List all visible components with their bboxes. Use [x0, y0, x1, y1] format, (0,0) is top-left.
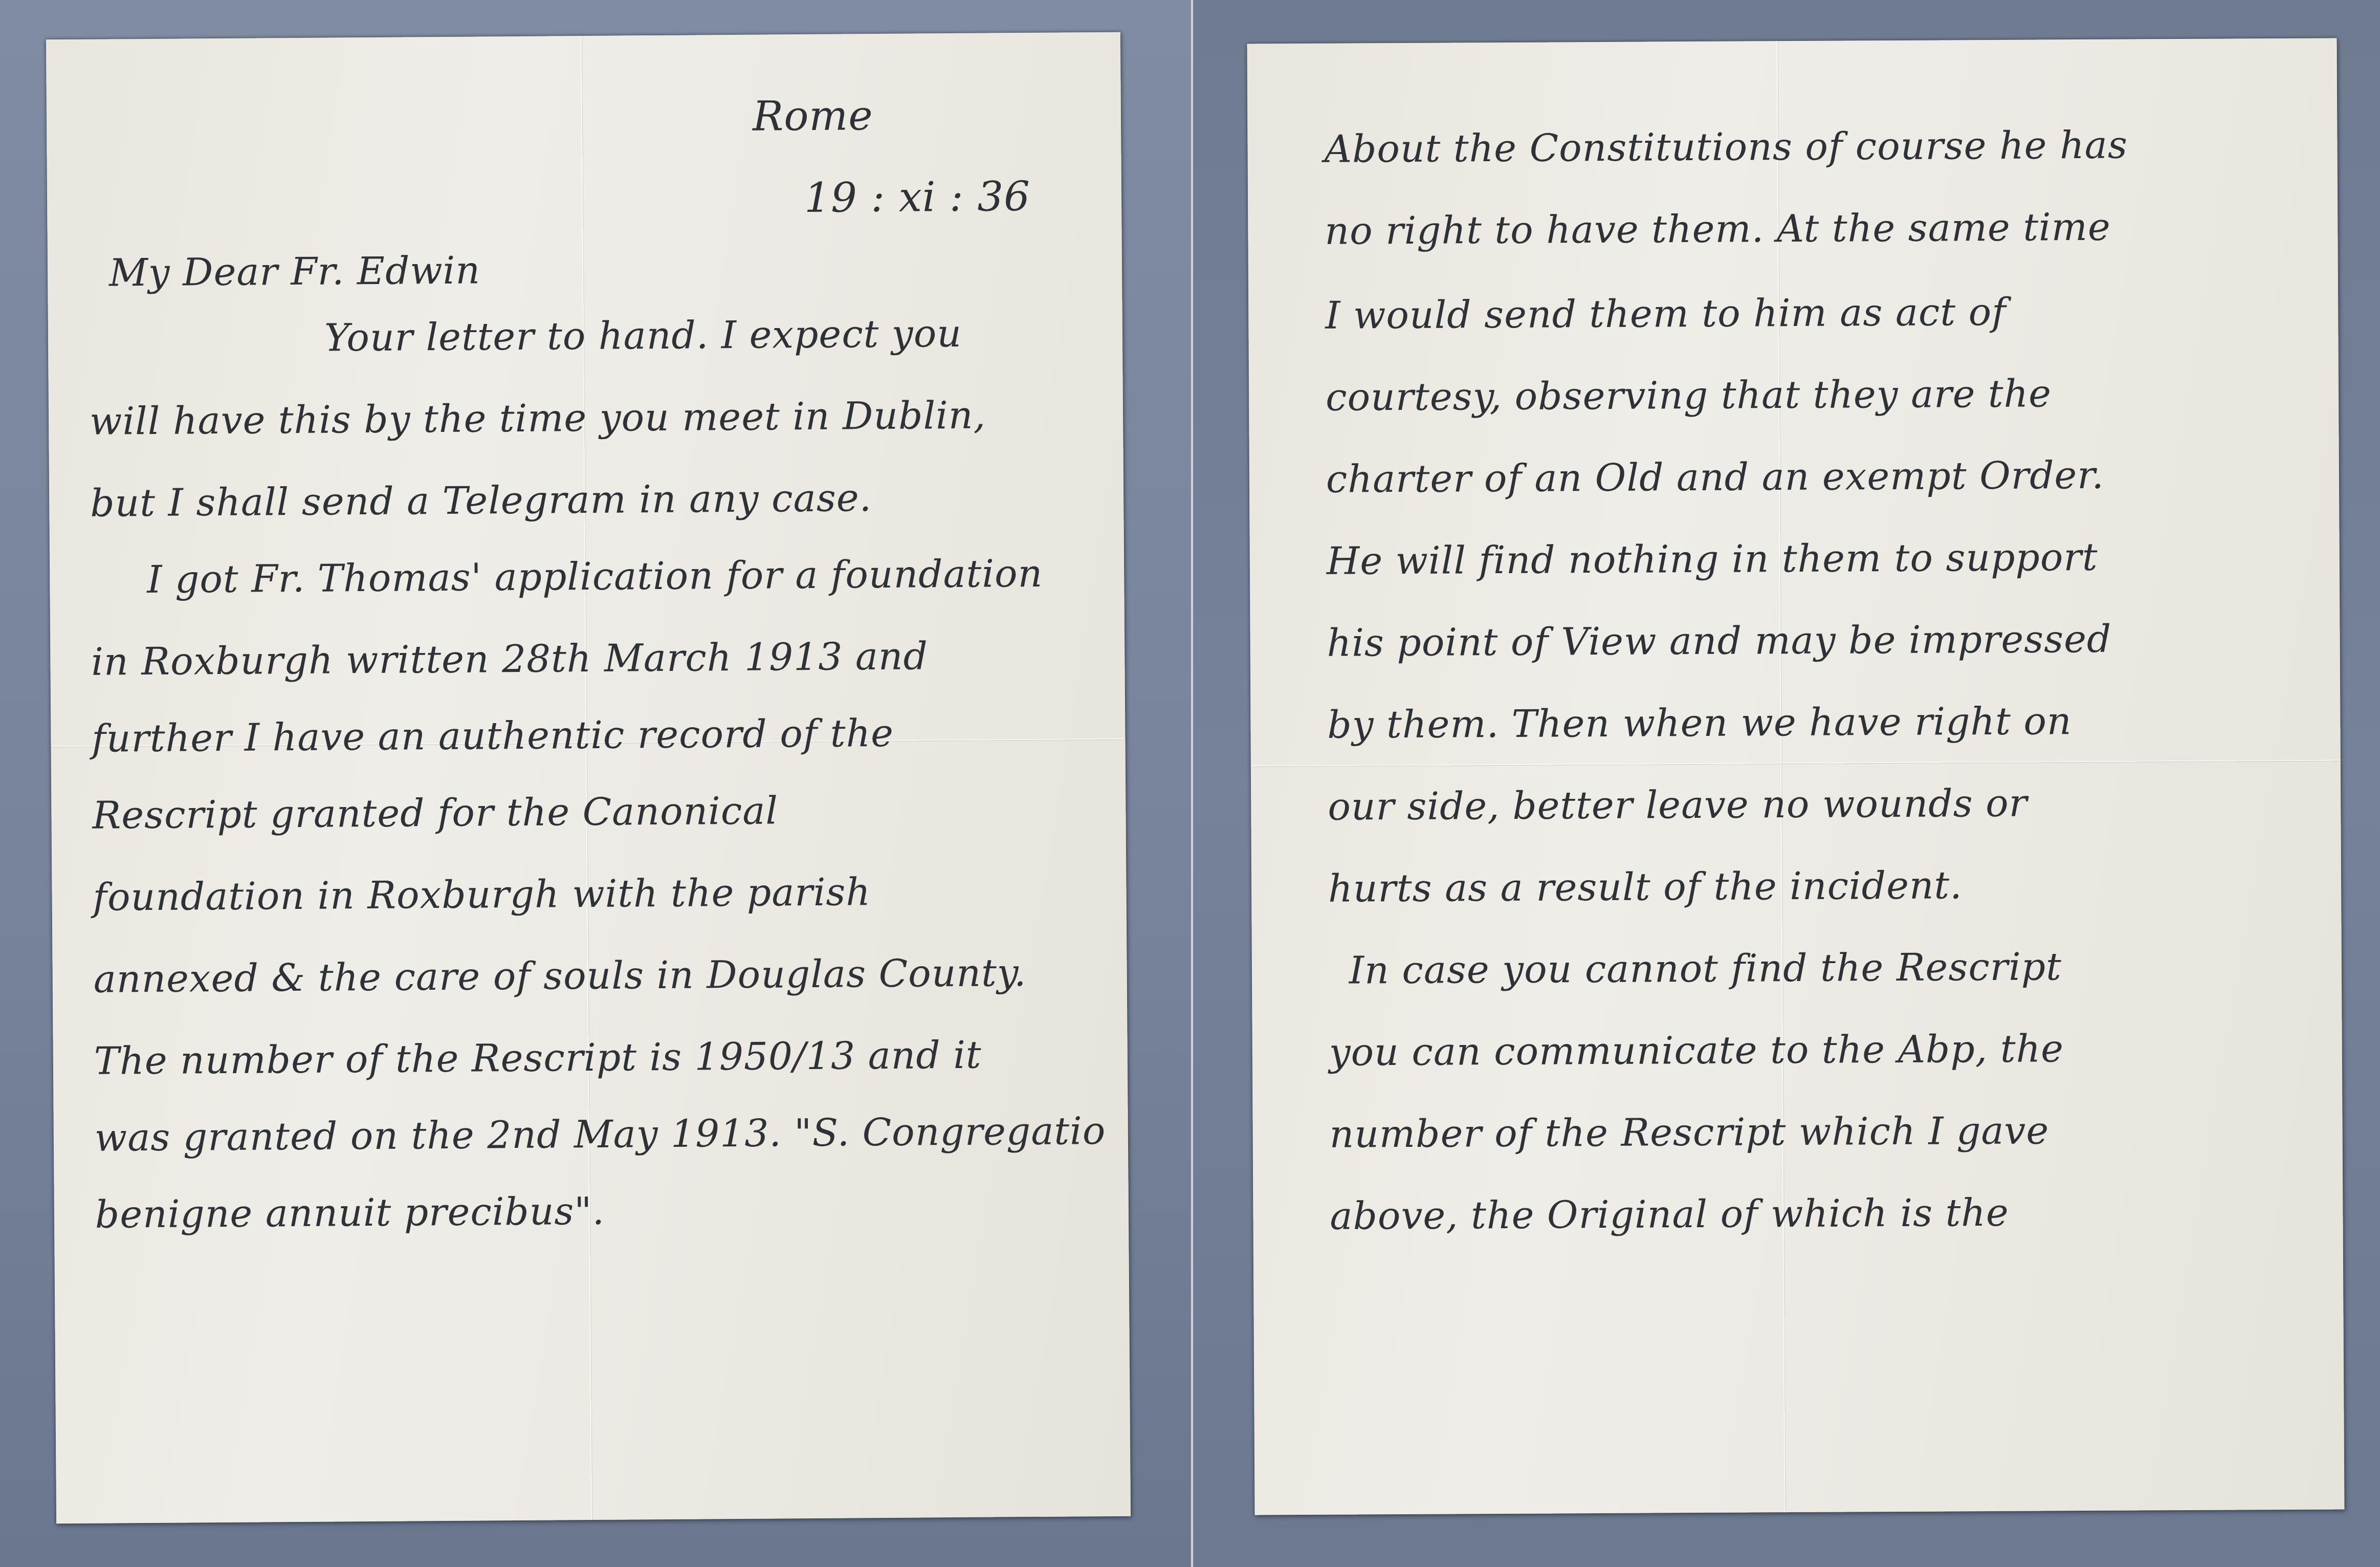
- body-line: in Roxburgh written 28th March 1913 and: [91, 637, 928, 681]
- body-line: Your letter to hand. I expect you: [324, 315, 962, 357]
- body-line: charter of an Old and an exempt Order.: [1326, 456, 2104, 498]
- body-line: further I have an authentic record of th…: [92, 714, 894, 758]
- body-line: above, the Original of which is the: [1330, 1194, 2009, 1235]
- body-line: his point of View and may be impressed: [1327, 620, 2111, 662]
- letter-body-page-1: Your letter to hand. I expect you will h…: [46, 32, 1131, 1524]
- body-line: will have this by the time you meet in D…: [90, 397, 986, 441]
- body-line: but I shall send a Telegram in any case.: [90, 479, 872, 523]
- body-line: no right to have them. At the same time: [1325, 208, 2111, 250]
- body-line: number of the Rescript which I gave: [1329, 1112, 2049, 1153]
- body-line: foundation in Roxburgh with the parish: [93, 873, 871, 917]
- letter-body-page-2: About the Constitutions of course he has…: [1247, 38, 2344, 1515]
- body-line: The number of the Rescript is 1950/13 an…: [94, 1036, 982, 1080]
- body-line: I would send them to him as act of: [1325, 293, 2007, 335]
- letter-page-2: About the Constitutions of course he has…: [1247, 38, 2344, 1515]
- letter-page-1: Rome 19 : xi : 36 My Dear Fr. Edwin Your…: [46, 32, 1131, 1524]
- body-line: About the Constitutions of course he has: [1324, 126, 2128, 168]
- body-line: I got Fr. Thomas' application for a foun…: [147, 555, 1043, 599]
- body-line: He will find nothing in them to support: [1327, 538, 2098, 580]
- body-line: was granted on the 2nd May 1913. "S. Con…: [95, 1112, 1106, 1157]
- body-line: benigne annuit precibus".: [95, 1192, 605, 1234]
- body-line: courtesy, observing that they are the: [1326, 375, 2052, 416]
- body-line: annexed & the care of souls in Douglas C…: [93, 954, 1026, 998]
- body-line: hurts as a result of the incident.: [1328, 866, 1963, 907]
- photo-divider: [1191, 0, 1193, 1567]
- body-line: In case you cannot find the Rescript: [1349, 948, 2062, 989]
- body-line: by them. Then when we have right on: [1327, 702, 2072, 744]
- body-line: you can communicate to the Abp, the: [1329, 1030, 2064, 1072]
- body-line: Rescript granted for the Canonical: [92, 792, 778, 834]
- body-line: our side, better leave no wounds or: [1328, 785, 2028, 826]
